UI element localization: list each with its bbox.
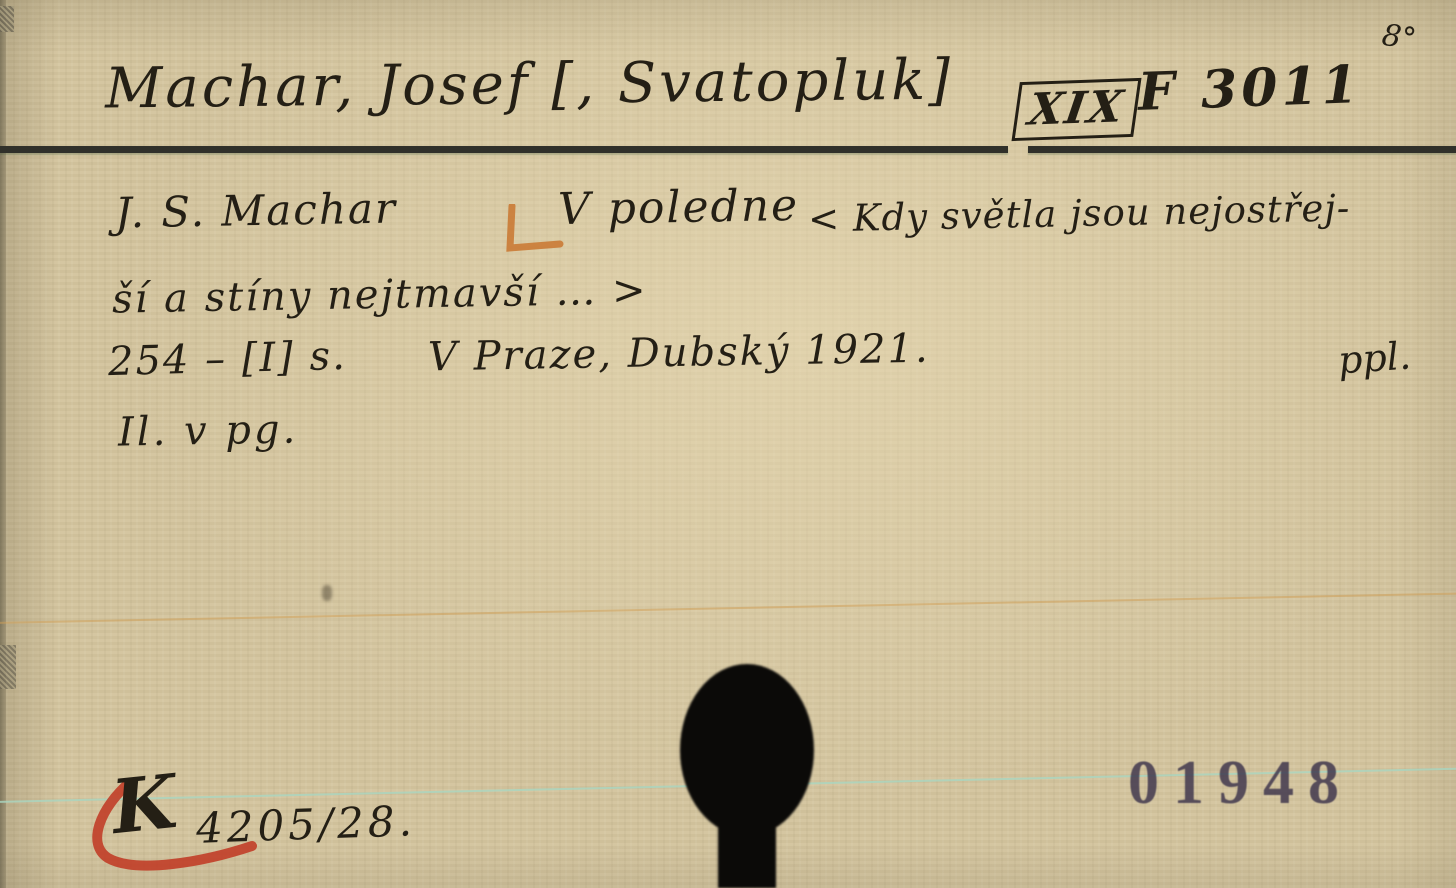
- heading-author-name: Machar, Josef [, Svatopluk]: [105, 48, 954, 122]
- card-left-edge: [0, 0, 6, 888]
- entry-collation: 254 – [I] s.: [107, 333, 347, 385]
- entry-title: V poledne: [558, 180, 800, 235]
- entry-subtitle-line2: ší a stíny nejtmavší … >: [112, 267, 648, 322]
- insertion-mark: [502, 204, 566, 256]
- entry-binding-note: ppl.: [1337, 334, 1413, 383]
- faint-orange-ruling-line: [0, 592, 1456, 624]
- inventory-stamp-number: 01948: [1128, 748, 1353, 819]
- catalog-card: Machar, Josef [, Svatopluk] XIX F 3011 8…: [0, 0, 1456, 888]
- entry-illustration-note: Il. v pg.: [118, 406, 299, 455]
- card-left-edge-patch: [0, 645, 16, 689]
- shelfmark-roman-numeral: XIX: [1011, 78, 1141, 141]
- accession-number: 4205/28.: [195, 796, 416, 853]
- head-rule-left-segment: [0, 146, 1008, 153]
- entry-subtitle-line1: < Kdy světla jsou nejostřej-: [808, 186, 1351, 240]
- entry-imprint: V Praze, Dubský 1921.: [428, 326, 930, 381]
- punch-hole: [650, 658, 850, 888]
- card-top-left-corner-patch: [0, 6, 14, 32]
- format-mark-octavo: 8°: [1380, 18, 1419, 57]
- shelfmark-code: F 3011: [1137, 54, 1363, 123]
- ink-smudge: [322, 585, 332, 601]
- entry-author: J. S. Machar: [115, 184, 398, 238]
- accession-prefix: K: [108, 759, 181, 851]
- head-rule-right-segment: [1028, 146, 1456, 153]
